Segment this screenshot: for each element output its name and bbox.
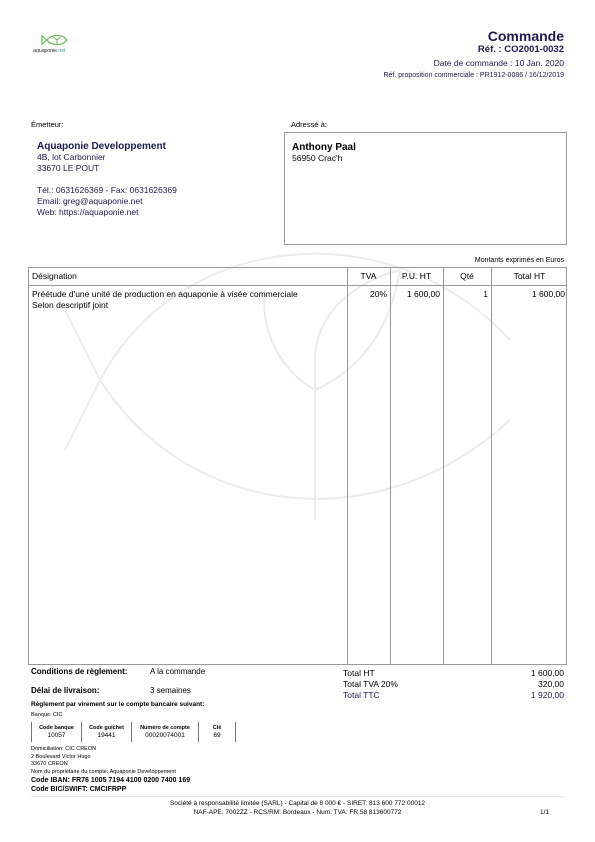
sender-name: Aquaponie Developpement	[37, 141, 270, 152]
account-number-column: Numéro de compte 00020074001	[131, 722, 198, 742]
proposal-reference: Réf. proposition commerciale : PR1912-00…	[383, 72, 564, 79]
document-title: Commande	[488, 28, 564, 44]
bank-column-header: Clé	[199, 722, 235, 732]
page-number: 1/1	[540, 809, 549, 816]
account-owner: Nom du propriétaire du compte: Aquaponie…	[31, 769, 190, 777]
fish-logo-icon	[33, 32, 77, 48]
column-header-quantity: Qté	[443, 268, 491, 285]
line-total-ht: 1 600,00	[491, 289, 565, 300]
bic-swift: Code BIC/SWIFT: CMCIFRPP	[31, 785, 190, 794]
bank-domiciliation: Domiciliation: CIC CREON	[31, 746, 190, 754]
bank-column-value: 69	[199, 732, 235, 740]
bank-address-line: 2 Boulevard Victor Hugo	[31, 754, 190, 762]
bank-column-value: 19441	[82, 732, 131, 740]
bank-column-header: Numéro de compte	[132, 722, 198, 732]
bank-column-header: Code banque	[32, 722, 81, 732]
column-header-designation: Désignation	[32, 268, 77, 285]
logo-tld: .net	[57, 48, 65, 54]
column-header-tva: TVA	[347, 268, 390, 285]
delivery-delay-value: 3 semaines	[150, 686, 191, 695]
bank-address-line: 33670 CREON	[31, 761, 190, 769]
footer-legal-line-2: NAF-APE: 7002ZZ - RCS/RM: Bordeaux - Num…	[0, 809, 595, 816]
sender-phone-fax: Tél.: 0631626369 - Fax: 0631626369	[37, 185, 270, 196]
bank-column-header: Code guichet	[82, 722, 131, 732]
sender-address-line: 33670 LE POUT	[37, 163, 270, 174]
recipient-name: Anthony Paal	[292, 142, 559, 153]
line-designation: Préétude d'une unité de production en aq…	[32, 289, 344, 300]
order-date: Date de commande : 10 Jan. 2020	[434, 58, 564, 68]
currency-note: Montants exprimés en Euros	[475, 257, 564, 264]
footer-divider	[31, 796, 564, 797]
total-ttc-value: 1 920,00	[531, 690, 564, 700]
table-row: Préétude d'une unité de production en aq…	[32, 289, 344, 311]
sender-web: Web: https://aquaponie.net	[37, 207, 270, 218]
order-lines-table: Désignation TVA P.U. HT Qté Total HT Pré…	[28, 267, 567, 665]
key-column: Clé 69	[198, 722, 236, 742]
recipient-address: 56950 Crac'h	[292, 153, 559, 164]
document-reference: Réf. : CO2001-0032	[478, 44, 564, 55]
column-header-unit-price: P.U. HT	[390, 268, 443, 285]
logo-brand: aquaponie	[33, 48, 57, 54]
total-tva-label: Total TVA 20%	[343, 679, 398, 689]
bank-column-value: 00020074001	[132, 732, 198, 740]
bank-domiciliation-block: Domiciliation: CIC CREON 2 Boulevard Vic…	[31, 746, 190, 794]
iban: Code IBAN: FR76 1005 7194 4100 0200 7400…	[31, 776, 190, 785]
payment-terms-label: Conditions de règlement:	[31, 667, 127, 676]
column-header-total-ht: Total HT	[491, 268, 568, 285]
delivery-delay-label: Délai de livraison:	[31, 686, 99, 695]
total-ht-label: Total HT	[343, 668, 375, 678]
sender-block: Aquaponie Developpement 4B, lot Carbonni…	[31, 133, 276, 245]
bank-column-value: 10057	[32, 732, 81, 740]
sender-address-line: 4B, lot Carbonnier	[37, 152, 270, 163]
line-unit-price: 1 600,00	[390, 289, 440, 300]
bank-name: Banque: CIC	[31, 712, 63, 718]
total-tva-value: 320,00	[538, 679, 564, 689]
bank-code-column: Code banque 10057	[31, 722, 81, 742]
company-logo: aquaponie.net	[33, 32, 77, 56]
sender-email: Email: greg@aquaponie.net	[37, 196, 270, 207]
recipient-label: Adressé à:	[291, 120, 327, 129]
line-tva: 20%	[347, 289, 387, 300]
total-ht-value: 1 600,00	[531, 668, 564, 678]
branch-code-column: Code guichet 19441	[81, 722, 131, 742]
sender-label: Émetteur:	[31, 120, 64, 129]
recipient-block: Anthony Paal 56950 Crac'h	[284, 132, 567, 245]
bank-transfer-title: Règlement par virement sur le compte ban…	[31, 701, 204, 708]
footer-legal-line-1: Société à responsabilité limitée (SARL) …	[0, 800, 595, 807]
line-description: Selon descriptif joint	[32, 300, 344, 311]
total-ttc-label: Total TTC	[343, 690, 380, 700]
line-quantity: 1	[443, 289, 488, 300]
payment-terms-value: A la commande	[150, 667, 205, 676]
